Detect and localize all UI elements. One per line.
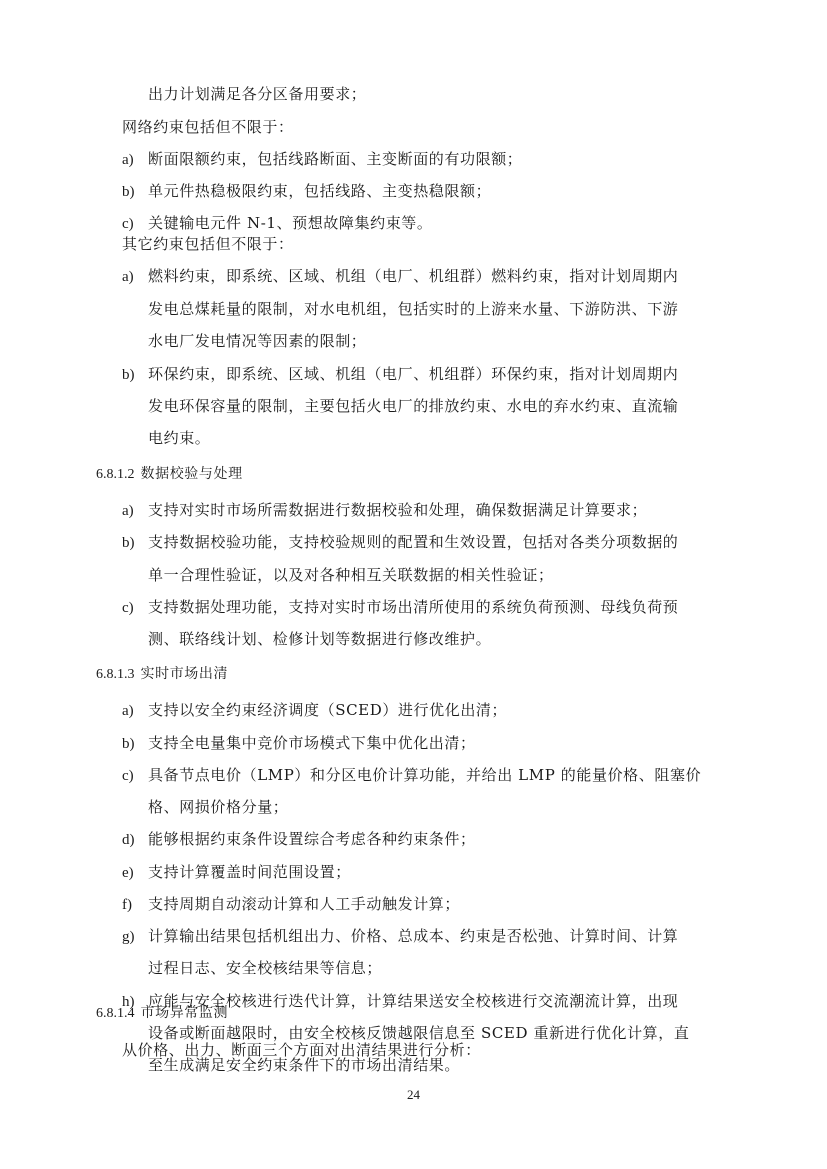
list-label: a) [122, 267, 148, 287]
list-item: a)支持以安全约束经济调度（SCED）进行优化出清； [122, 700, 507, 721]
list-item: b)单元件热稳极限约束，包括线路、主变热稳限额； [122, 181, 491, 202]
section-number: 6.8.1.4 [96, 1006, 135, 1021]
list-item-text: 支持对实时市场所需数据进行数据校验和处理，确保数据满足计算要求； [148, 501, 647, 519]
list-item-text: 环保约束，即系统、区域、机组（电厂、机组群）环保约束，指对计划周期内 [148, 365, 678, 383]
list-item: d)能够根据约束条件设置综合考虑各种约束条件； [122, 829, 476, 850]
section-heading: 6.8.1.3实时市场出清 [96, 664, 228, 685]
list-item-continuation: 发电总煤耗量的限制，对水电机组，包括实时的上游来水量、下游防洪、下游 [148, 299, 678, 319]
list-item-text: 关键输电元件 N-1、预想故障集约束等。 [148, 214, 433, 232]
list-item: a)燃料约束，即系统、区域、机组（电厂、机组群）燃料约束，指对计划周期内 [122, 266, 678, 287]
list-item-text: 支持以安全约束经济调度（SCED）进行优化出清； [148, 701, 507, 719]
list-item-continuation: 格、网损价格分量； [148, 797, 288, 817]
list-item-continuation: 单一合理性验证，以及对各种相互关联数据的相关性验证； [148, 565, 554, 585]
list-item-text: 支持周期自动滚动计算和人工手动触发计算； [148, 895, 460, 913]
list-label: d) [122, 830, 148, 850]
section-number: 6.8.1.2 [96, 467, 135, 482]
list-item-text: 计算输出结果包括机组出力、价格、总成本、约束是否松弛、计算时间、计算 [148, 927, 678, 945]
list-item: c)支持数据处理功能，支持对实时市场出清所使用的系统负荷预测、母线负荷预 [122, 597, 678, 618]
list-label: b) [122, 182, 148, 202]
list-item-text: 支持数据校验功能，支持校验规则的配置和生效设置，包括对各类分项数据的 [148, 533, 678, 551]
list-label: a) [122, 701, 148, 721]
list-item-text: 支持计算覆盖时间范围设置； [148, 863, 351, 881]
list-item: g)计算输出结果包括机组出力、价格、总成本、约束是否松弛、计算时间、计算 [122, 926, 678, 947]
list-item: b)支持数据校验功能，支持校验规则的配置和生效设置，包括对各类分项数据的 [122, 532, 678, 553]
list-label: f) [122, 895, 148, 915]
paragraph-line: 从价格、出力、断面三个方面对出清结果进行分析： [122, 1040, 481, 1060]
section-title: 数据校验与处理 [141, 466, 243, 482]
list-item: a)支持对实时市场所需数据进行数据校验和处理，确保数据满足计算要求； [122, 500, 647, 521]
list-label: a) [122, 501, 148, 521]
list-item-text: 断面限额约束，包括线路断面、主变断面的有功限额； [148, 150, 522, 168]
list-item-continuation: 水电厂发电情况等因素的限制； [148, 331, 366, 351]
section-title: 实时市场出清 [141, 666, 229, 682]
paragraph-line: 网络约束包括但不限于： [122, 117, 294, 137]
list-item-text: 支持数据处理功能，支持对实时市场出清所使用的系统负荷预测、母线负荷预 [148, 598, 678, 616]
paragraph-line: 其它约束包括但不限于： [122, 234, 294, 254]
list-label: a) [122, 150, 148, 170]
document-page: 出力计划满足各分区备用要求； 网络约束包括但不限于： a)断面限额约束，包括线路… [0, 0, 827, 1169]
list-label: b) [122, 533, 148, 553]
list-item-text: 单元件热稳极限约束，包括线路、主变热稳限额； [148, 182, 491, 200]
section-number: 6.8.1.3 [96, 667, 135, 682]
page-number: 24 [0, 1087, 827, 1103]
list-label: b) [122, 734, 148, 754]
paragraph-line: 出力计划满足各分区备用要求； [148, 84, 366, 104]
list-item-text: 具备节点电价（LMP）和分区电价计算功能，并给出 LMP 的能量价格、阻塞价 [148, 766, 701, 784]
list-item: f)支持周期自动滚动计算和人工手动触发计算； [122, 894, 460, 915]
list-item-continuation: 测、联络线计划、检修计划等数据进行修改维护。 [148, 629, 491, 649]
list-item-continuation: 过程日志、安全校核结果等信息； [148, 958, 382, 978]
list-item: b)支持全电量集中竞价市场模式下集中优化出清； [122, 733, 476, 754]
section-heading: 6.8.1.4市场异常监测 [96, 1003, 228, 1024]
list-item: a)断面限额约束，包括线路断面、主变断面的有功限额； [122, 149, 522, 170]
section-title: 市场异常监测 [141, 1005, 229, 1021]
list-item-text: 能够根据约束条件设置综合考虑各种约束条件； [148, 830, 476, 848]
list-label: c) [122, 766, 148, 786]
list-item: c)具备节点电价（LMP）和分区电价计算功能，并给出 LMP 的能量价格、阻塞价 [122, 765, 701, 786]
list-item: b)环保约束，即系统、区域、机组（电厂、机组群）环保约束，指对计划周期内 [122, 364, 678, 385]
list-item: e)支持计算覆盖时间范围设置； [122, 862, 351, 883]
list-item-text: 燃料约束，即系统、区域、机组（电厂、机组群）燃料约束，指对计划周期内 [148, 267, 678, 285]
list-label: c) [122, 598, 148, 618]
list-label: e) [122, 863, 148, 883]
list-label: c) [122, 214, 148, 234]
list-item-text: 支持全电量集中竞价市场模式下集中优化出清； [148, 734, 476, 752]
list-item-continuation: 电约束。 [148, 428, 210, 448]
section-heading: 6.8.1.2数据校验与处理 [96, 464, 243, 485]
list-item-continuation: 发电环保容量的限制，主要包括火电厂的排放约束、水电的弃水约束、直流输 [148, 396, 678, 416]
list-label: g) [122, 927, 148, 947]
list-item: c)关键输电元件 N-1、预想故障集约束等。 [122, 213, 433, 234]
list-label: b) [122, 365, 148, 385]
